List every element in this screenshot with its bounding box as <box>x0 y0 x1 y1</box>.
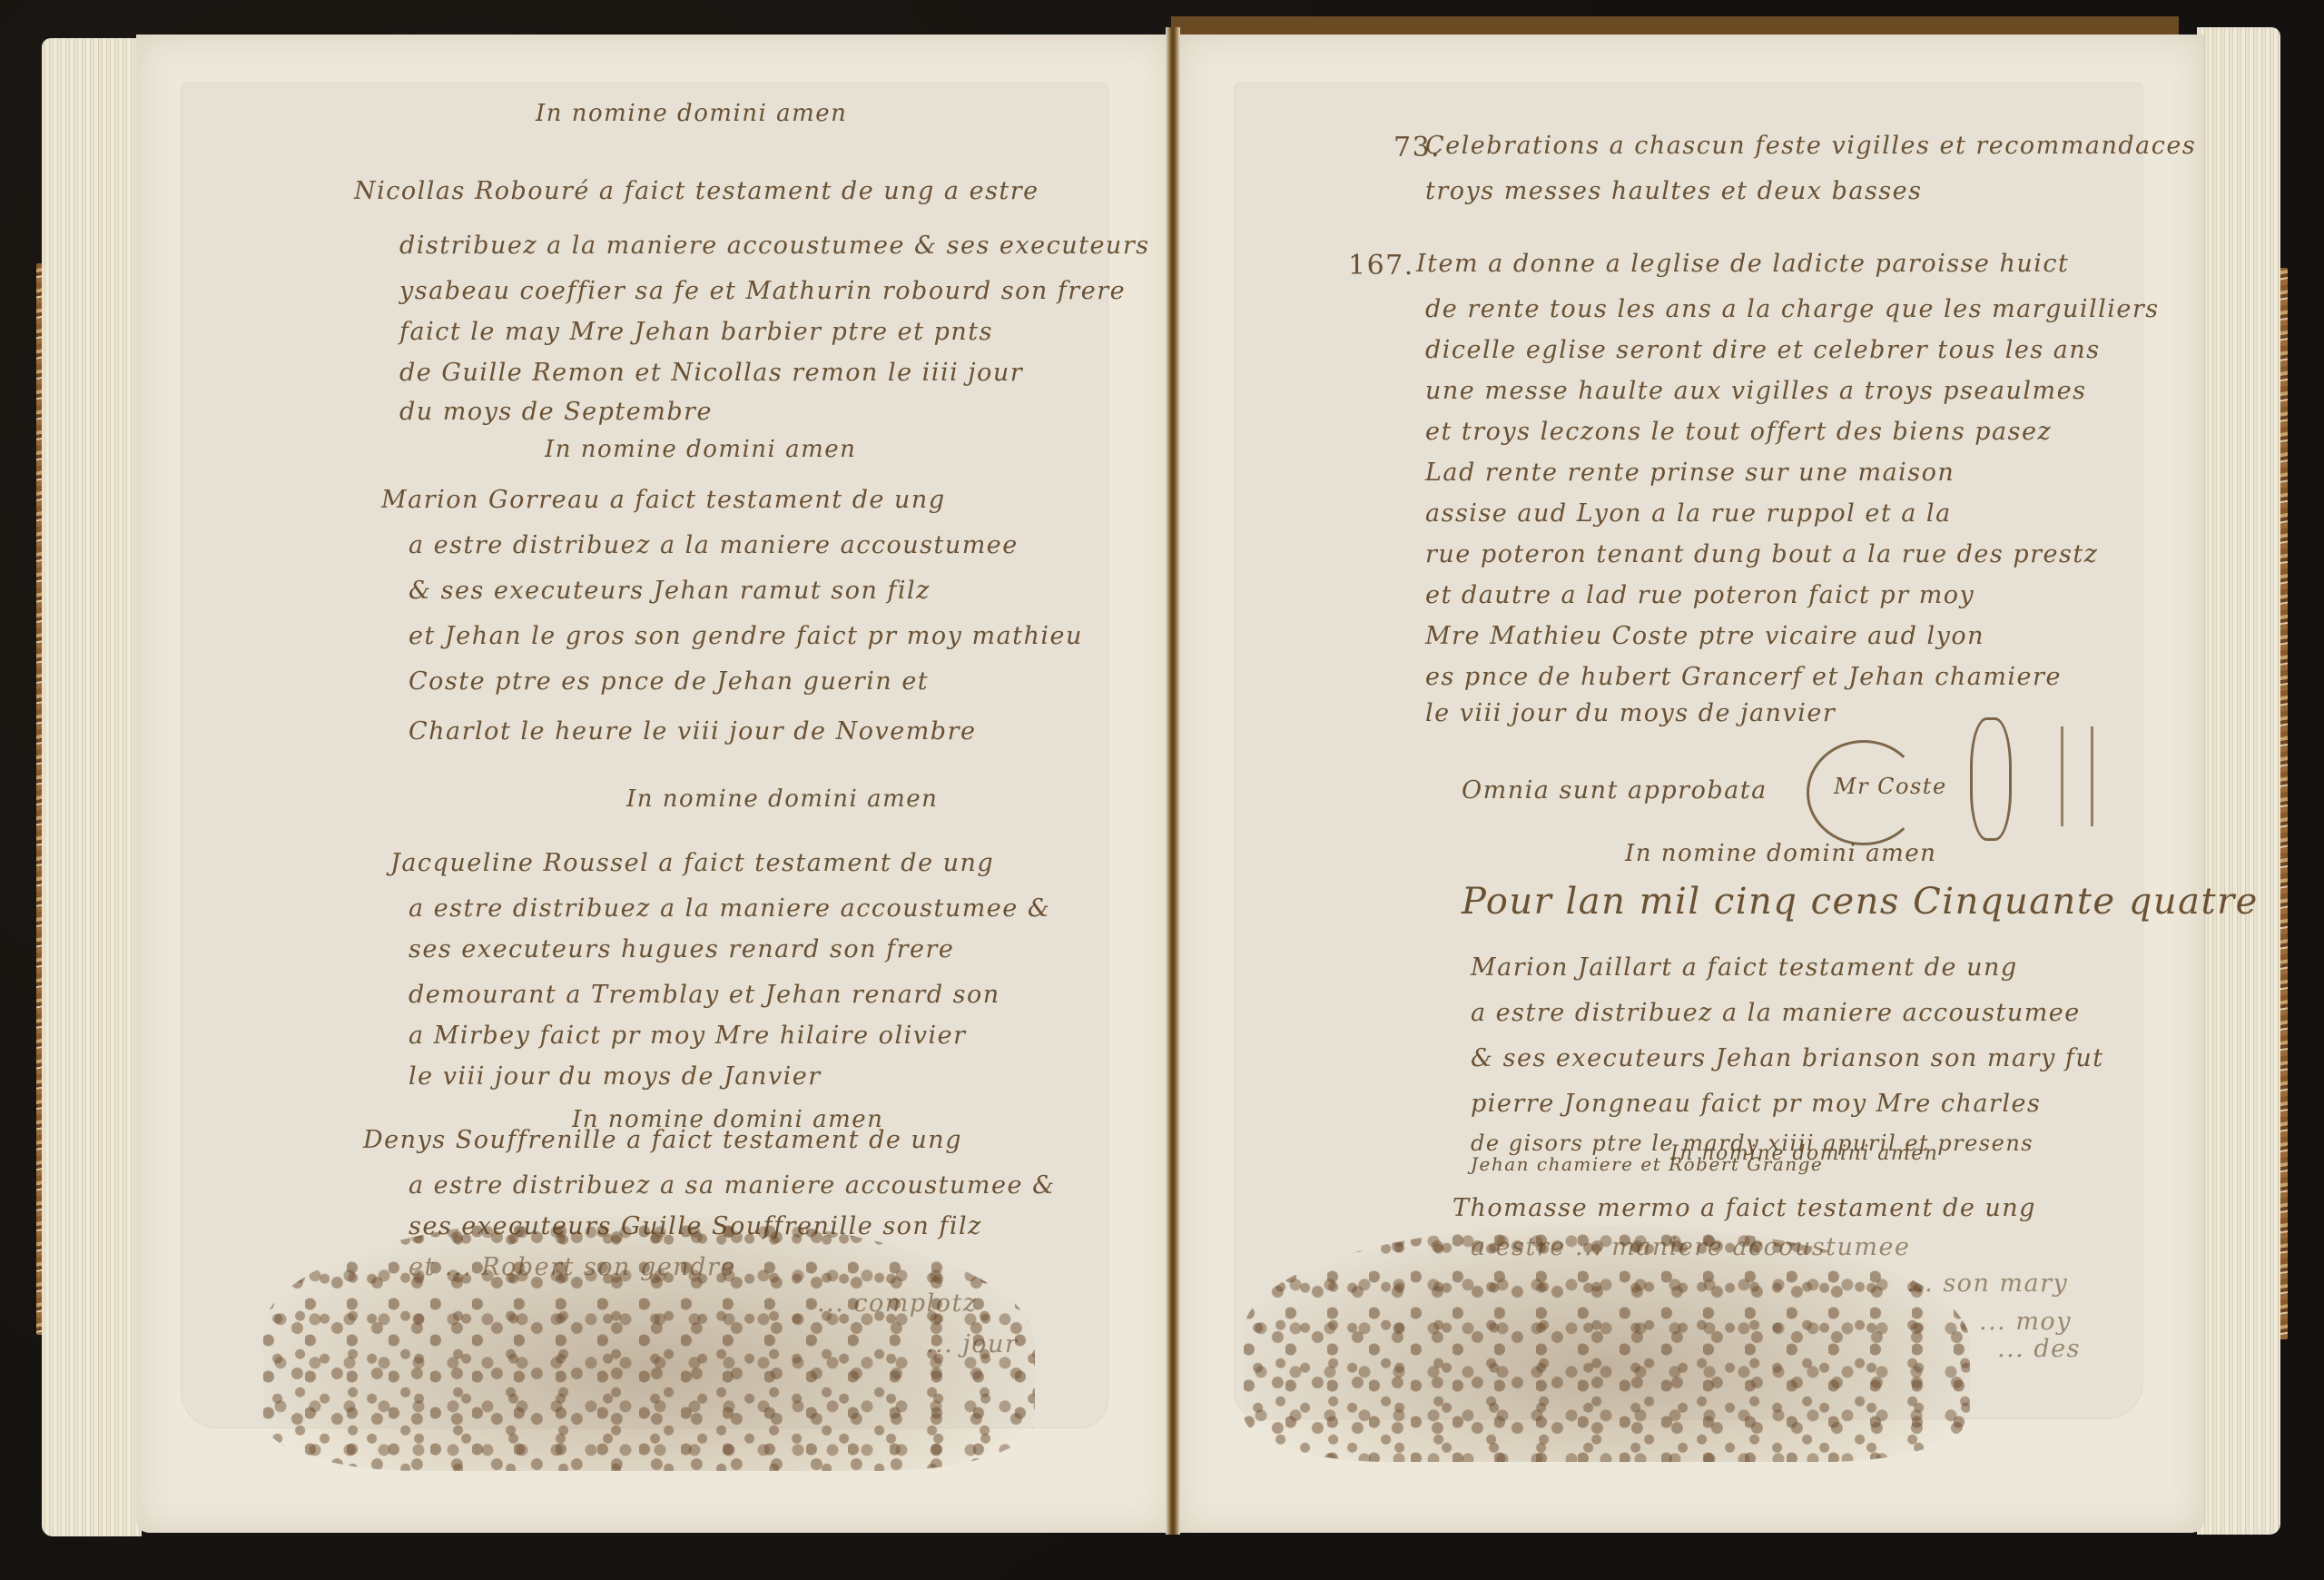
text-line: Item a donne a leglise de ladicte parois… <box>1416 250 2069 278</box>
text-line: Charlot le heure le viii jour de Novembr… <box>409 717 976 746</box>
entry-heading: In nomine domini amen <box>536 100 847 127</box>
text-line: Mre Mathieu Coste ptre vicaire aud lyon <box>1425 622 1984 650</box>
text-line: a estre distribuez a la maniere accoustu… <box>409 894 1050 923</box>
text-line: troys messes haultes et deux basses <box>1425 177 1923 205</box>
text-line: a estre distribuez a sa maniere accoustu… <box>409 1171 1056 1200</box>
text-line: Thomasse mermo a faict testament de ung <box>1452 1194 2036 1222</box>
text-line: dicelle eglise seront dire et celebrer t… <box>1425 336 2101 364</box>
text-line: & ses executeurs Jehan ramut son filz <box>409 577 931 605</box>
text-line: pierre Jongneau faict pr moy Mre charles <box>1471 1090 2041 1118</box>
text-line: Jacqueline Roussel a faict testament de … <box>390 849 994 877</box>
text-line: es pnce de hubert Grancerf et Jehan cham… <box>1425 663 2062 691</box>
entry-heading: In nomine domini amen <box>1670 1142 1938 1165</box>
right-page-stack <box>2197 27 2280 1535</box>
text-line: Marion Gorreau a faict testament de ung <box>381 486 946 514</box>
year-line: Pour lan mil cinq cens Cinquante quatre <box>1462 881 2259 923</box>
notary-mark-strokes <box>2061 726 2093 826</box>
text-line: a estre distribuez a la maniere accoustu… <box>409 531 1019 559</box>
text-line: le viii jour du moys de janvier <box>1425 699 1836 727</box>
text-line: et Jehan le gros son gendre faict pr moy… <box>409 622 1083 650</box>
text-line: et dautre a lad rue poteron faict pr moy <box>1425 581 1974 609</box>
approval-note: Omnia sunt approbata <box>1462 776 1768 805</box>
text-line: distribuez a la maniere accoustumee & se… <box>399 232 1150 260</box>
text-line: a estre ... maniere accoustumee <box>1471 1233 1910 1261</box>
text-line: ses executeurs hugues renard son frere <box>409 935 954 963</box>
text-line: a Mirbey faict pr moy Mre hilaire olivie… <box>409 1022 967 1050</box>
text-line: rue poteron tenant dung bout a la rue de… <box>1425 540 2098 568</box>
right-water-stain <box>1244 1226 1970 1462</box>
entry-heading: In nomine domini amen <box>626 785 938 813</box>
top-cover-band <box>1171 16 2179 36</box>
text-line: du moys de Septembre <box>399 398 713 426</box>
text-line: faict le may Mre Jehan barbier ptre et p… <box>399 318 993 346</box>
text-line: assise aud Lyon a la rue ruppol et a la <box>1425 499 1952 528</box>
text-line: ... complotz <box>817 1289 978 1318</box>
margin-note: 167. <box>1348 250 1414 281</box>
text-line: ysabeau coeffier sa fe et Mathurin robou… <box>399 277 1126 305</box>
text-line: ... son mary <box>1906 1269 2068 1298</box>
text-line: ... moy <box>1979 1308 2072 1336</box>
text-line: & ses executeurs Jehan brianson son mary… <box>1471 1044 2104 1072</box>
signature-text: Mr Coste <box>1834 774 1947 799</box>
text-line: de rente tous les ans a la charge que le… <box>1425 295 2160 323</box>
text-line: une messe haulte aux vigilles a troys ps… <box>1425 377 2086 405</box>
text-line: ses executeurs Guille Souffrenille son f… <box>409 1212 982 1240</box>
text-line: et troys leczons le tout offert des bien… <box>1425 418 2052 446</box>
text-line: Lad rente rente prinse sur une maison <box>1425 459 1955 487</box>
entry-heading: In nomine domini amen <box>545 436 856 463</box>
text-line: a estre distribuez a la maniere accoustu… <box>1471 999 2081 1027</box>
text-line: de Guille Remon et Nicollas remon le iii… <box>399 359 1023 387</box>
book-spine-gutter <box>1166 27 1180 1535</box>
entry-heading: In nomine domini amen <box>1625 840 1936 867</box>
text-line: Celebrations a chascun feste vigilles et… <box>1425 132 2196 160</box>
text-line: Marion Jaillart a faict testament de ung <box>1471 953 2018 982</box>
text-line: ... des <box>1997 1335 2081 1363</box>
left-page-stack <box>42 38 142 1536</box>
text-line: Coste ptre es pnce de Jehan guerin et <box>409 667 929 696</box>
text-line: le viii jour du moys de Janvier <box>409 1062 822 1091</box>
text-line: Denys Souffrenille a faict testament de … <box>363 1126 962 1154</box>
text-line: Nicollas Robouré a faict testament de un… <box>354 177 1039 205</box>
text-line: demourant a Tremblay et Jehan renard son <box>409 981 1000 1009</box>
text-line: et ... Robert son gendre <box>409 1253 736 1281</box>
text-line: ... jour <box>926 1330 1018 1358</box>
